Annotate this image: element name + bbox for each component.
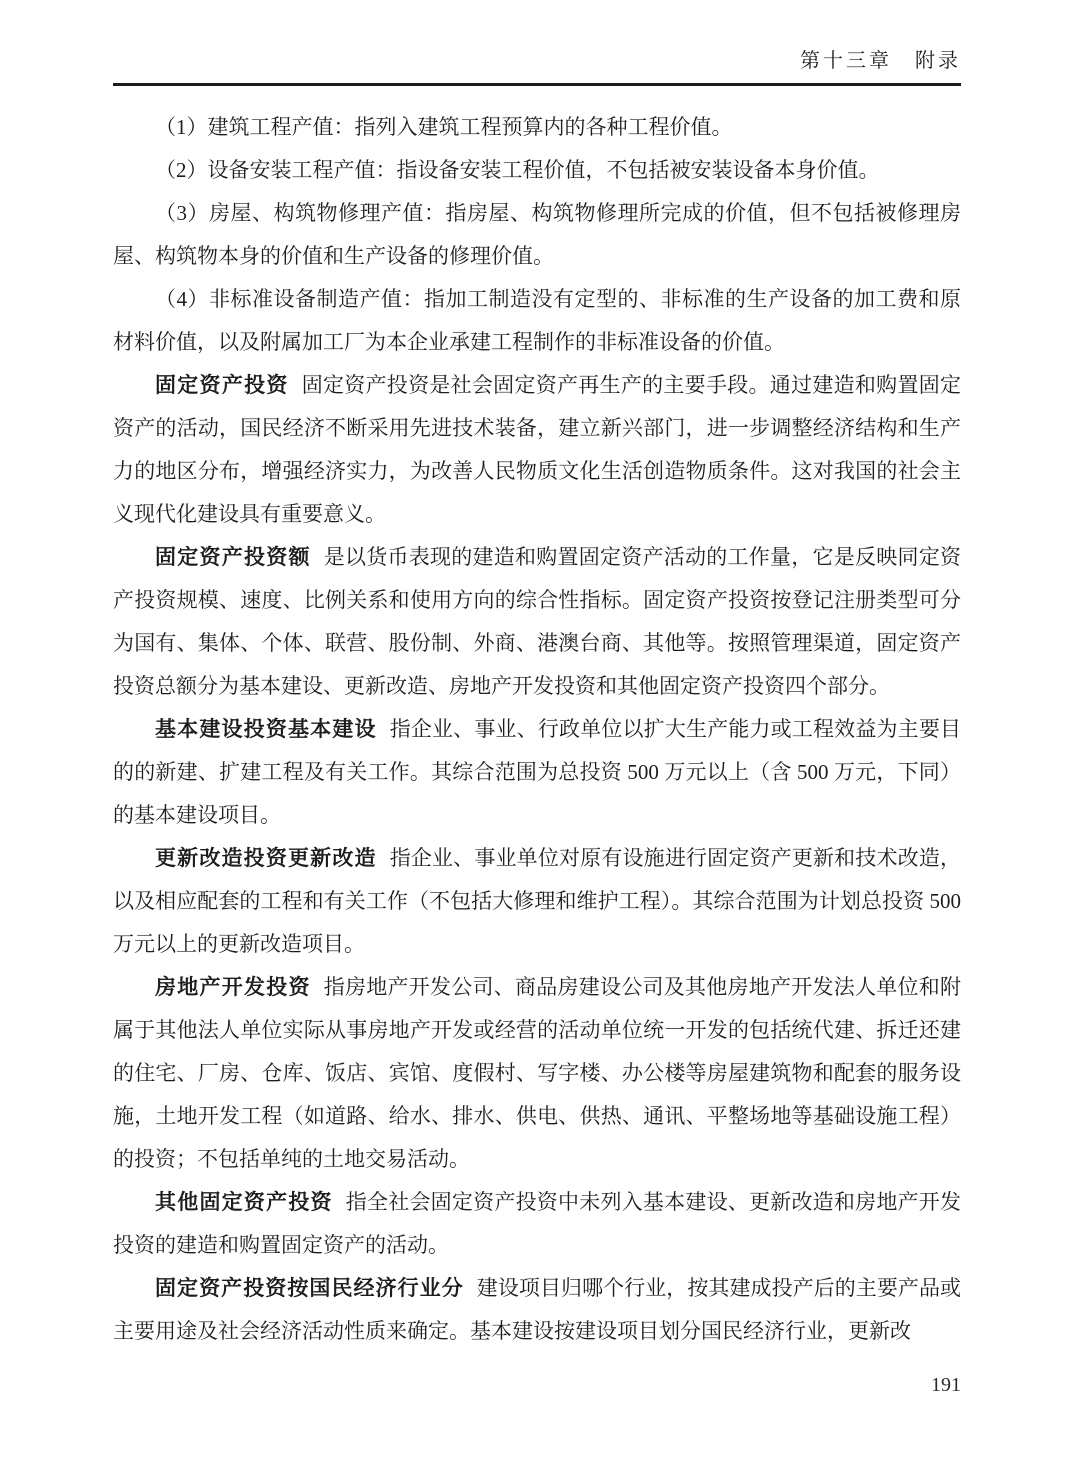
document-page: 第十三章 附录 （1）建筑工程产值：指列入建筑工程预算内的各种工程价值。（2）设… (0, 0, 1074, 1458)
term-label: 其他固定资产投资 (155, 1191, 333, 1214)
paragraph-text: （3）房屋、构筑物修理产值：指房屋、构筑物修理所完成的价值，但不包括被修理房屋、… (113, 201, 961, 268)
term-label: 固定资产投资按国民经济行业分 (155, 1277, 464, 1300)
paragraph: （4）非标准设备制造产值：指加工制造没有定型的、非标准的生产设备的加工费和原材料… (113, 278, 961, 364)
term-label: 固定资产投资 (155, 374, 289, 397)
page-content: 第十三章 附录 （1）建筑工程产值：指列入建筑工程预算内的各种工程价值。（2）设… (113, 48, 961, 1353)
paragraph: 固定资产投资固定资产投资是社会固定资产再生产的主要手段。通过建造和购置固定资产的… (113, 364, 961, 536)
paragraph-text: （2）设备安装工程产值：指设备安装工程价值，不包括被安装设备本身价值。 (155, 158, 880, 182)
running-header: 第十三章 附录 (113, 48, 961, 83)
paragraph: 基本建设投资基本建设指企业、事业、行政单位以扩大生产能力或工程效益为主要目的的新… (113, 708, 961, 837)
paragraph-text: （1）建筑工程产值：指列入建筑工程预算内的各种工程价值。 (155, 115, 733, 139)
term-label: 基本建设投资基本建设 (155, 718, 377, 741)
term-label: 固定资产投资额 (155, 546, 311, 569)
paragraph: （3）房屋、构筑物修理产值：指房屋、构筑物修理所完成的价值，但不包括被修理房屋、… (113, 192, 961, 278)
paragraph: 更新改造投资更新改造指企业、事业单位对原有设施进行固定资产更新和技术改造，以及相… (113, 837, 961, 966)
header-rule (113, 83, 961, 86)
paragraph-text: （4）非标准设备制造产值：指加工制造没有定型的、非标准的生产设备的加工费和原材料… (113, 287, 961, 354)
paragraph: （2）设备安装工程产值：指设备安装工程价值，不包括被安装设备本身价值。 (113, 149, 961, 192)
document-body: （1）建筑工程产值：指列入建筑工程预算内的各种工程价值。（2）设备安装工程产值：… (113, 106, 961, 1353)
paragraph: 固定资产投资额是以货币表现的建造和购置固定资产活动的工作量，它是反映同定资产投资… (113, 536, 961, 708)
paragraph: （1）建筑工程产值：指列入建筑工程预算内的各种工程价值。 (113, 106, 961, 149)
paragraph: 房地产开发投资指房地产开发公司、商品房建设公司及其他房地产开发法人单位和附属于其… (113, 966, 961, 1181)
page-number: 191 (931, 1374, 961, 1397)
paragraph: 固定资产投资按国民经济行业分建设项目归哪个行业，按其建成投产后的主要产品或主要用… (113, 1267, 961, 1353)
term-label: 更新改造投资更新改造 (155, 847, 377, 870)
paragraph: 其他固定资产投资指全社会固定资产投资中未列入基本建设、更新改造和房地产开发投资的… (113, 1181, 961, 1267)
term-label: 房地产开发投资 (155, 976, 311, 999)
paragraph-text: 指房地产开发公司、商品房建设公司及其他房地产开发法人单位和附属于其他法人单位实际… (113, 975, 961, 1171)
